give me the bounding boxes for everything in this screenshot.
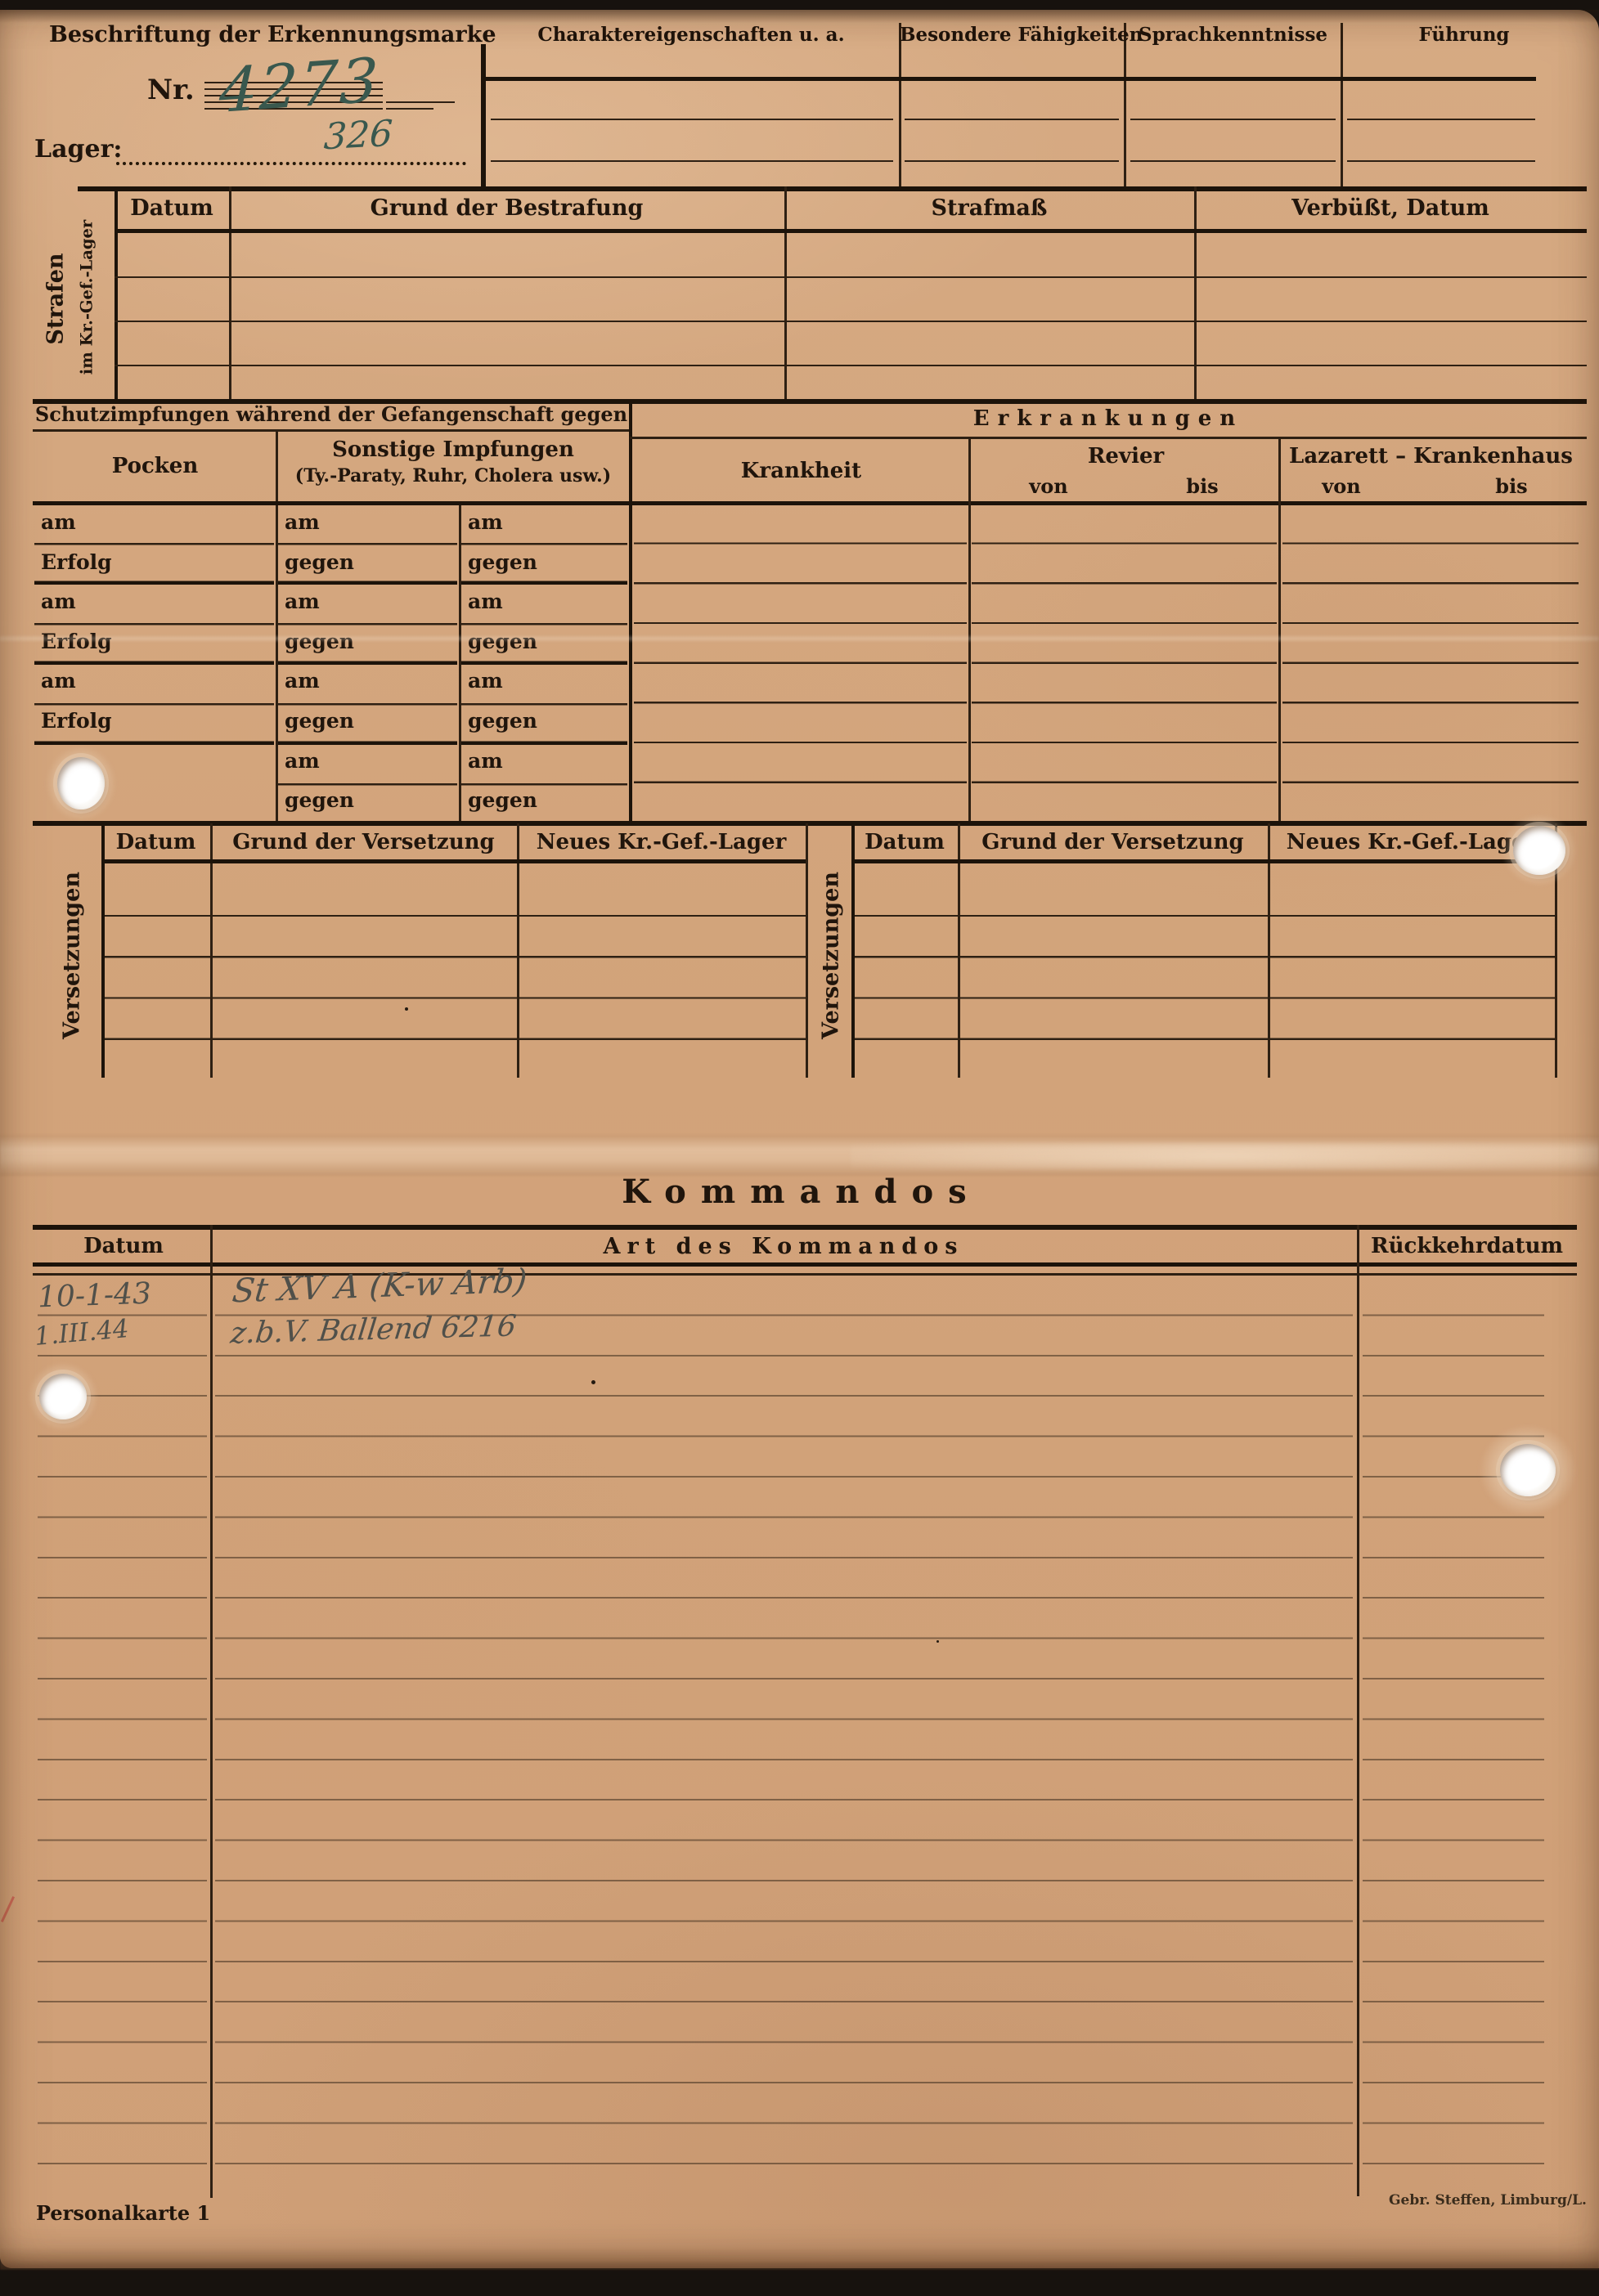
handwritten-camp-number: 326: [323, 113, 394, 159]
id-assessment-divider: [481, 44, 486, 188]
column-divider: [1124, 23, 1126, 186]
nr-label: Nr.: [147, 75, 195, 105]
lager-label: Lager:: [34, 136, 122, 163]
strafen-col-header: Grund der Bestrafung: [229, 196, 784, 221]
impfung-row-label: am: [285, 590, 320, 613]
header-rule: [115, 229, 1587, 233]
impfung-row-label: am: [468, 511, 503, 534]
header-rule: [630, 437, 1587, 439]
table-border: [806, 823, 808, 1078]
punch-hole: [1500, 1444, 1556, 1496]
impfungen-col-header: Pocken: [34, 455, 276, 478]
impfung-row-label: gegen: [468, 551, 537, 574]
versetzungen-col-header: Grund der Versetzung: [958, 831, 1268, 854]
scan-top-edge-shadow: [0, 10, 1599, 23]
erkrankungen-title: Erkrankungen: [630, 407, 1587, 431]
kommandos-col-header: Rückkehrdatum: [1357, 1235, 1577, 1258]
impfung-row-label: am: [468, 670, 503, 693]
strafen-side-label: Strafen: [43, 197, 69, 401]
impfungen-title: Schutzimpfungen während der Gefangenscha…: [33, 404, 630, 425]
header-rule: [33, 1262, 1577, 1267]
versetzungen-col-header: Datum: [851, 831, 958, 854]
column-divider: [210, 1225, 213, 2198]
ink-speck: [591, 1380, 595, 1384]
rule-line: [905, 160, 1119, 162]
ink-speck: [936, 1640, 939, 1643]
versetzungen-row-rules: [101, 876, 806, 1042]
impfung-row-label: gegen: [468, 710, 537, 733]
lazarett-von-label: von: [1305, 476, 1378, 497]
rule-line: [1347, 119, 1535, 120]
header-rule: [486, 77, 1536, 81]
header-rule: [33, 501, 1587, 505]
kommandos-col-header: Art des Kommandos: [210, 1235, 1357, 1259]
versetzungen-col-header: Grund der Versetzung: [210, 831, 517, 854]
fold-crease-highlight: [851, 1143, 1599, 1169]
versetzungen-row-rules: [851, 876, 1555, 1042]
punch-hole: [39, 1374, 87, 1419]
strafen-side-label: im Kr.-Gef.-Lager: [78, 195, 97, 400]
id-block-title: Beschriftung der Erkennungsmarke: [49, 23, 458, 47]
form-name-footer: Personalkarte 1: [36, 2203, 210, 2224]
impfung-row-label: am: [285, 750, 320, 773]
rule-line: [115, 365, 1587, 366]
impfung-row-label: gegen: [285, 789, 354, 812]
revier-bis-label: bis: [1166, 476, 1239, 497]
versetzungen-col-header: Datum: [101, 831, 210, 854]
impfung-row-label: Erfolg: [41, 710, 112, 733]
nr-staff-line-short: [386, 108, 433, 110]
impfung-row-label: gegen: [468, 789, 537, 812]
versetzungen-col-header: Neues Kr.-Gef.-Lager: [517, 831, 806, 854]
fold-crease: [0, 635, 1599, 643]
impfung-row-label: am: [468, 590, 503, 613]
revier-von-label: von: [1012, 476, 1085, 497]
impfung-row-label: am: [285, 670, 320, 693]
impfungen-col-header: Sonstige Impfungen: [276, 438, 630, 462]
nr-staff-line-short: [386, 101, 455, 103]
column-divider: [968, 437, 971, 823]
impfung-row-label: am: [285, 511, 320, 534]
impfung-row-label: gegen: [285, 551, 354, 574]
scanned-pow-card: Beschriftung der Erkennungsmarke Nr. 427…: [0, 0, 1599, 2296]
assessment-col-header: Charaktereigenschaften u. a.: [483, 25, 900, 45]
handwritten-kommando-date: 10-1-43: [37, 1277, 151, 1315]
kommandos-col-header: Datum: [37, 1235, 210, 1258]
strafen-col-header: Strafmaß: [784, 196, 1194, 221]
kommandos-row-rules: [1363, 1276, 1544, 2167]
column-divider: [1357, 1225, 1359, 2196]
strafen-col-header: Datum: [115, 196, 229, 221]
section-divider: [629, 399, 632, 823]
lazarett-bis-label: bis: [1475, 476, 1548, 497]
impfung-row-label: am: [41, 590, 76, 613]
erkrankungen-col-header: Lazarett – Krankenhaus: [1283, 445, 1579, 469]
assessment-col-header: Sprachkenntnisse: [1125, 25, 1341, 45]
scan-bottom-edge: [0, 2247, 1599, 2270]
header-rule: [101, 859, 806, 863]
printer-imprint: Gebr. Steffen, Limburg/L.: [1389, 2193, 1587, 2209]
versetzungen-side-label: Versetzungen: [819, 850, 844, 1062]
rule-line: [1130, 119, 1336, 120]
column-divider: [1341, 23, 1343, 186]
erkrankungen-row-rules: [634, 504, 967, 785]
column-divider: [1278, 437, 1281, 823]
rule-line: [491, 119, 893, 120]
kommandos-title: Kommandos: [483, 1174, 1121, 1210]
impfung-row-label: am: [41, 670, 76, 693]
assessment-col-header: Besondere Fähigkeiten: [900, 25, 1125, 45]
section-border: [78, 186, 1587, 191]
kommandos-row-rules: [215, 1276, 1353, 2167]
impfung-row-label: gegen: [285, 710, 354, 733]
column-divider: [276, 429, 278, 823]
rule-line: [491, 160, 893, 162]
lager-dotted-line: [116, 137, 466, 165]
section-border: [33, 821, 1587, 826]
erkrankungen-row-rules: [972, 504, 1277, 785]
erkrankungen-row-rules: [1282, 504, 1579, 785]
ink-speck: [405, 1007, 408, 1011]
punch-hole: [57, 757, 105, 809]
rule-line: [115, 321, 1587, 322]
versetzungen-side-label: Versetzungen: [60, 850, 85, 1062]
erkrankungen-col-header: Revier: [972, 445, 1279, 469]
header-rule: [33, 429, 630, 432]
impfung-row-label: Erfolg: [41, 551, 112, 574]
rule-line: [1130, 160, 1336, 162]
column-divider: [899, 23, 901, 186]
impfung-row-label: am: [41, 511, 76, 534]
rule-line: [1347, 160, 1535, 162]
table-border: [33, 1225, 1577, 1230]
assessment-col-header: Führung: [1341, 25, 1587, 45]
strafen-col-header: Verbüßt, Datum: [1194, 196, 1587, 221]
rule-line: [905, 119, 1119, 120]
rule-line: [115, 276, 1587, 278]
header-rule: [851, 859, 1555, 863]
impfungen-col-subheader: (Ty.-Paraty, Ruhr, Cholera usw.): [276, 466, 630, 486]
column-divider: [459, 503, 461, 823]
punch-hole: [1513, 826, 1565, 875]
erkrankungen-col-header: Krankheit: [634, 460, 968, 483]
impfung-row-label: am: [468, 750, 503, 773]
